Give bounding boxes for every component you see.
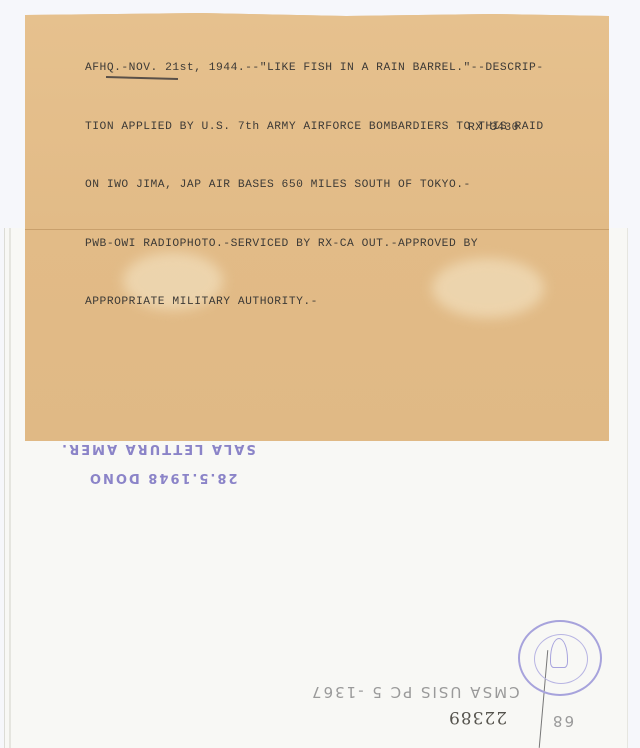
reference-code: RX 3430	[468, 122, 519, 134]
inventory-number: 22389	[448, 707, 507, 727]
folder-number-note: 68	[551, 712, 574, 730]
date-stamp: 28.5.1948 DONO	[88, 470, 238, 485]
circular-seal-stamp	[518, 620, 602, 696]
typed-caption: AFHQ.-NOV. 21st, 1944.--"LIKE FISH IN A …	[85, 20, 605, 332]
caption-line: APPROPRIATE MILITARY AUTHORITY.-	[85, 293, 605, 313]
caption-line: AFHQ.-NOV. 21st, 1944.--"LIKE FISH IN A …	[85, 59, 605, 79]
seal-text	[520, 622, 600, 694]
library-stamp: SALA LETTURA AMER.	[60, 441, 256, 456]
archive-code-note: CMSA USIS PC 5 -1367	[310, 683, 520, 701]
backing-edge	[9, 228, 11, 748]
caption-line: PWB-OWI RADIOPHOTO.-SERVICED BY RX-CA OU…	[85, 235, 605, 255]
caption-line: TION APPLIED BY U.S. 7th ARMY AIRFORCE B…	[85, 118, 605, 138]
caption-line: ON IWO JIMA, JAP AIR BASES 650 MILES SOU…	[85, 176, 605, 196]
